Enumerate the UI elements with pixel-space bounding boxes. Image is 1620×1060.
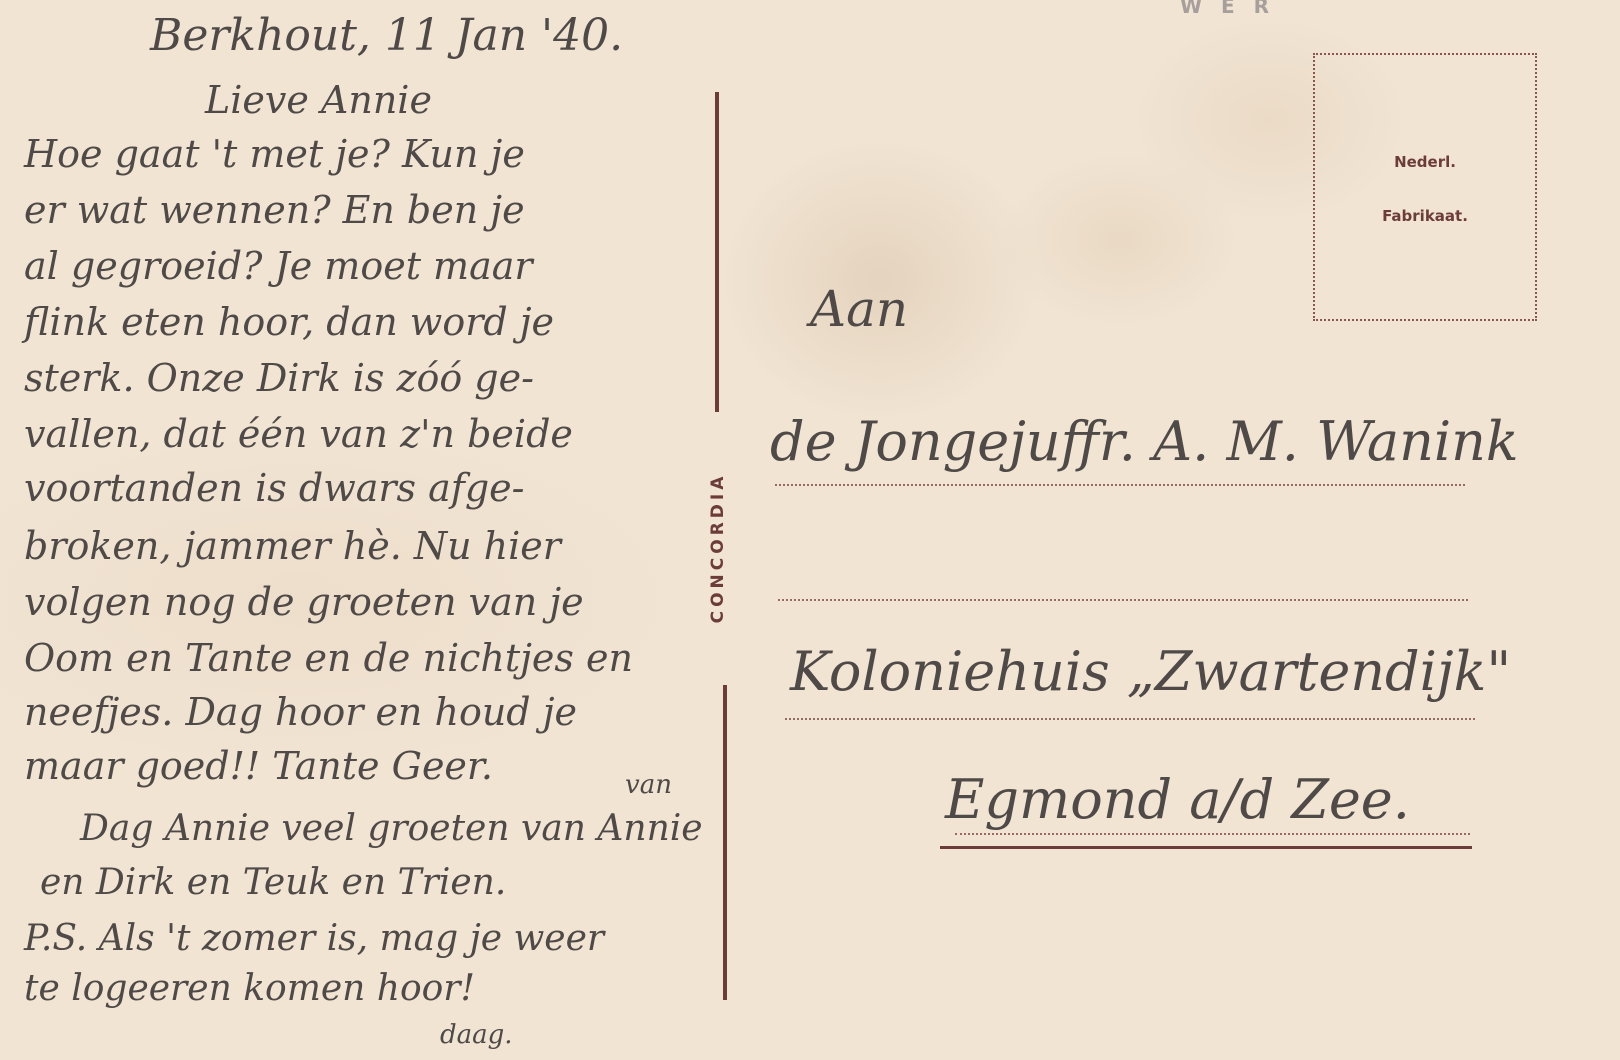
message-salutation: Lieve Annie <box>205 78 432 122</box>
address-prefix: Aan <box>810 280 908 338</box>
address-underline <box>940 846 1472 849</box>
address-rule-2 <box>778 599 1468 601</box>
address-line3: Egmond a/d Zee. <box>945 768 1410 831</box>
message-line: flink eten hoor, dan word je <box>24 300 554 344</box>
address-line2: Koloniehuis „Zwartendijk" <box>790 640 1511 703</box>
closing-line: en Dirk en Teuk en Trien. <box>40 862 506 903</box>
message-line: Hoe gaat 't met je? Kun je <box>24 132 525 176</box>
message-line: broken, jammer hè. Nu hier <box>24 524 561 568</box>
closing-line: Dag Annie veel groeten van Annie <box>80 808 703 849</box>
stamp-box-line2: Fabrikaat. <box>1315 207 1535 225</box>
message-line: neefjes. Dag hoor en houd je <box>24 690 577 734</box>
message-line: volgen nog de groeten van je <box>24 580 584 624</box>
message-line: maar goed!! Tante Geer. <box>24 744 493 788</box>
closing-insert-van: van <box>625 770 672 800</box>
address-rule-4 <box>955 833 1470 835</box>
message-line: voortanden is dwars afge- <box>24 466 525 510</box>
signoff: daag. <box>440 1020 513 1050</box>
postmark-fragment: W E R <box>1180 0 1275 18</box>
message-line: al gegroeid? Je moet maar <box>24 244 533 288</box>
message-line: sterk. Onze Dirk is zóó ge- <box>24 356 534 400</box>
message-line: er wat wennen? En ben je <box>24 188 525 232</box>
divider-line-bottom <box>723 685 727 1000</box>
stamp-box-line1: Nederl. <box>1315 153 1535 171</box>
address-rule-3 <box>785 718 1475 720</box>
message-line: vallen, dat één van z'n beide <box>24 412 573 456</box>
postcard-back: W E R Berkhout, 11 Jan '40. Lieve Annie … <box>0 0 1620 1060</box>
message-line: Oom en Tante en de nichtjes en <box>24 636 633 680</box>
message-heading: Berkhout, 11 Jan '40. <box>150 10 623 61</box>
address-rule-1 <box>775 484 1465 486</box>
stamp-box: Nederl. Fabrikaat. <box>1313 53 1537 321</box>
closing-line: P.S. Als 't zomer is, mag je weer <box>24 918 604 959</box>
divider-line-top <box>715 92 719 412</box>
publisher-label: CONCORDIA <box>708 473 728 624</box>
address-name: de Jongejuffr. A. M. Wanink <box>770 410 1519 473</box>
closing-line: te logeeren komen hoor! <box>24 968 475 1009</box>
